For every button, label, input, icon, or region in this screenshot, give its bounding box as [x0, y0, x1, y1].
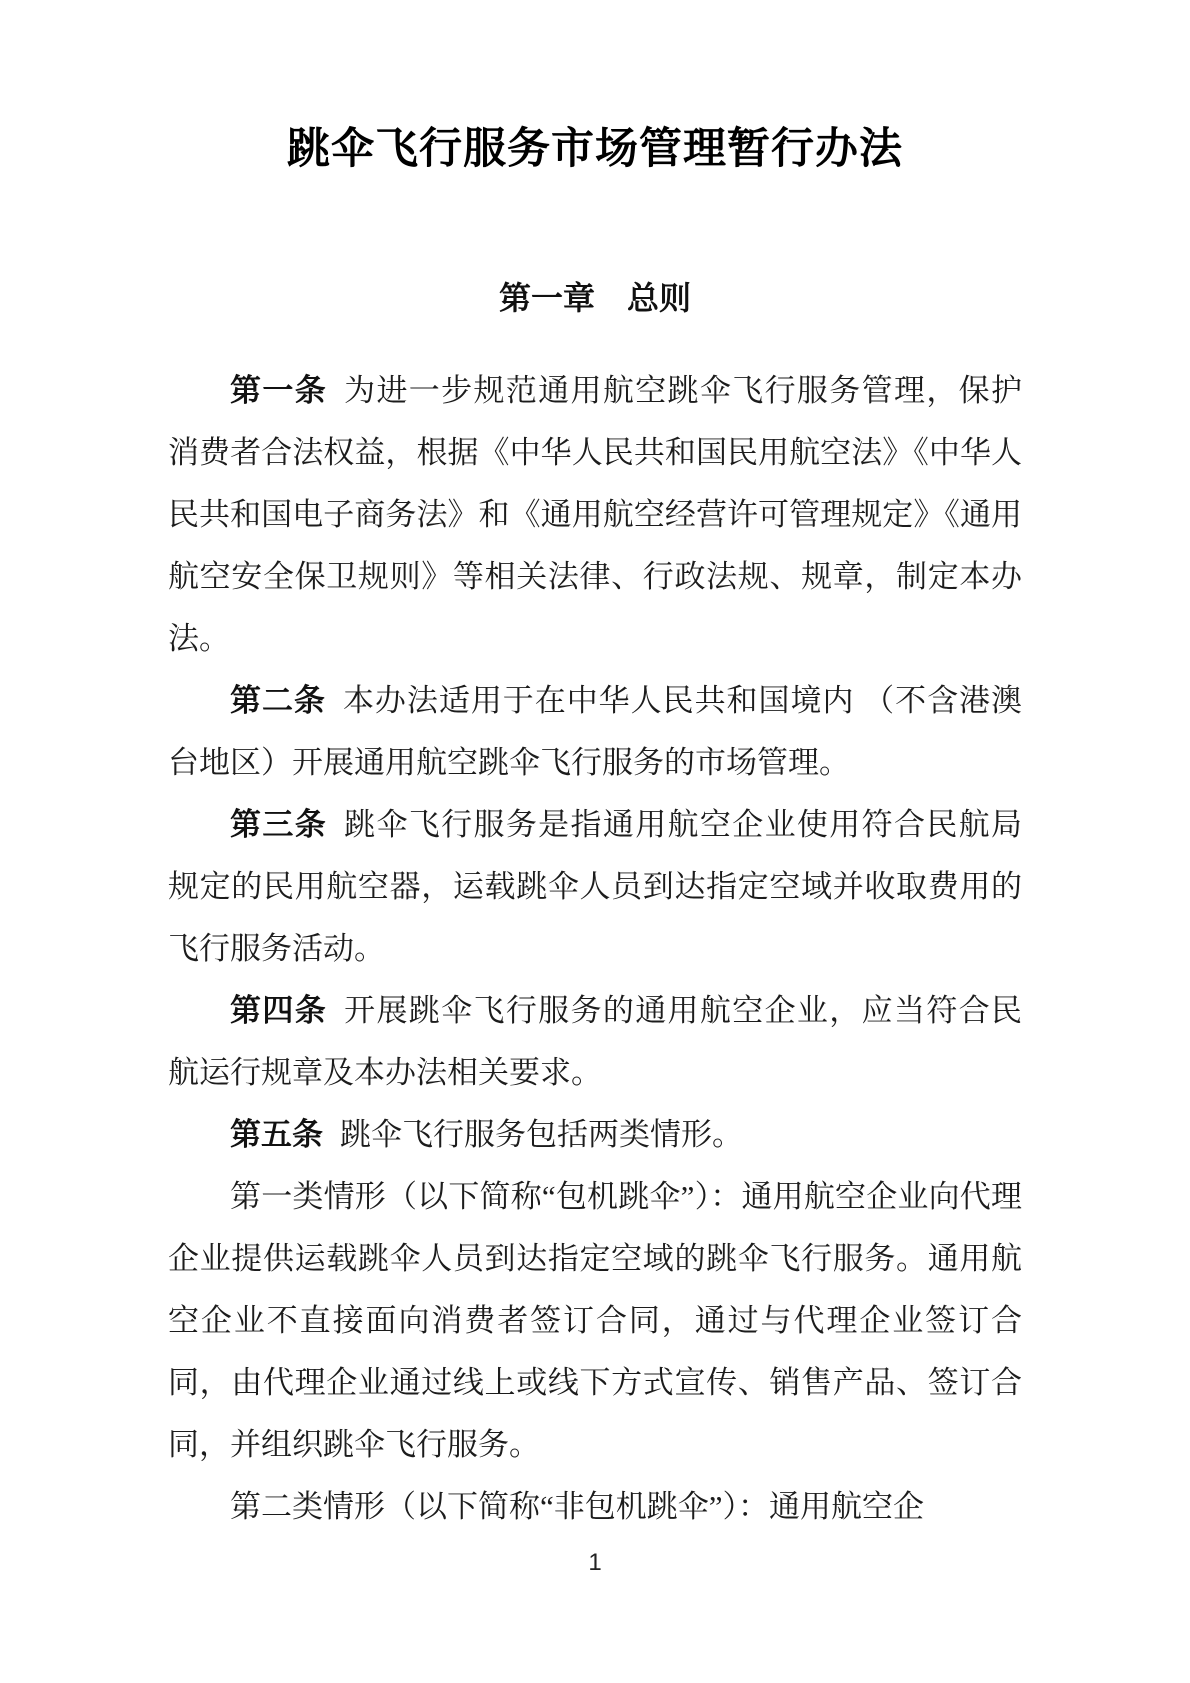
article-2-label: 第二条: [230, 683, 326, 718]
document-body: 第一条为进一步规范通用航空跳伞飞行服务管理，保护消费者合法权益，根据《中华人民共…: [168, 360, 1022, 1538]
case-2-paragraph: 第二类情形（以下简称“非包机跳伞”）：通用航空企: [168, 1476, 1022, 1538]
case-1-paragraph: 第一类情形（以下简称“包机跳伞”）：通用航空企业向代理企业提供运载跳伞人员到达指…: [168, 1166, 1022, 1476]
document-title: 跳伞飞行服务市场管理暂行办法: [168, 120, 1022, 180]
case-2-text: 第二类情形（以下简称“非包机跳伞”）：通用航空企: [230, 1489, 924, 1524]
article-5-paragraph: 第五条跳伞飞行服务包括两类情形。: [168, 1104, 1022, 1166]
document-content: 跳伞飞行服务市场管理暂行办法 第一章 总则 第一条为进一步规范通用航空跳伞飞行服…: [0, 0, 1190, 1538]
article-4-paragraph: 第四条开展跳伞飞行服务的通用航空企业，应当符合民航运行规章及本办法相关要求。: [168, 980, 1022, 1104]
article-1-paragraph: 第一条为进一步规范通用航空跳伞飞行服务管理，保护消费者合法权益，根据《中华人民共…: [168, 360, 1022, 670]
article-4-label: 第四条: [230, 993, 327, 1028]
article-5-text: 跳伞飞行服务包括两类情形。: [340, 1117, 743, 1152]
article-3-paragraph: 第三条跳伞飞行服务是指通用航空企业使用符合民航局规定的民用航空器，运载跳伞人员到…: [168, 794, 1022, 980]
case-1-text: 第一类情形（以下简称“包机跳伞”）：通用航空企业向代理企业提供运载跳伞人员到达指…: [168, 1179, 1022, 1462]
article-5-label: 第五条: [230, 1117, 323, 1152]
article-1-text: 为进一步规范通用航空跳伞飞行服务管理，保护消费者合法权益，根据《中华人民共和国民…: [168, 373, 1022, 656]
chapter-heading: 第一章 总则: [168, 276, 1022, 320]
article-2-paragraph: 第二条本办法适用于在中华人民共和国境内 （不含港澳台地区）开展通用航空跳伞飞行服…: [168, 670, 1022, 794]
page-number: 1: [0, 1548, 1190, 1578]
article-3-label: 第三条: [230, 807, 327, 842]
document-page: 跳伞飞行服务市场管理暂行办法 第一章 总则 第一条为进一步规范通用航空跳伞飞行服…: [0, 0, 1190, 1683]
article-1-label: 第一条: [230, 373, 327, 408]
